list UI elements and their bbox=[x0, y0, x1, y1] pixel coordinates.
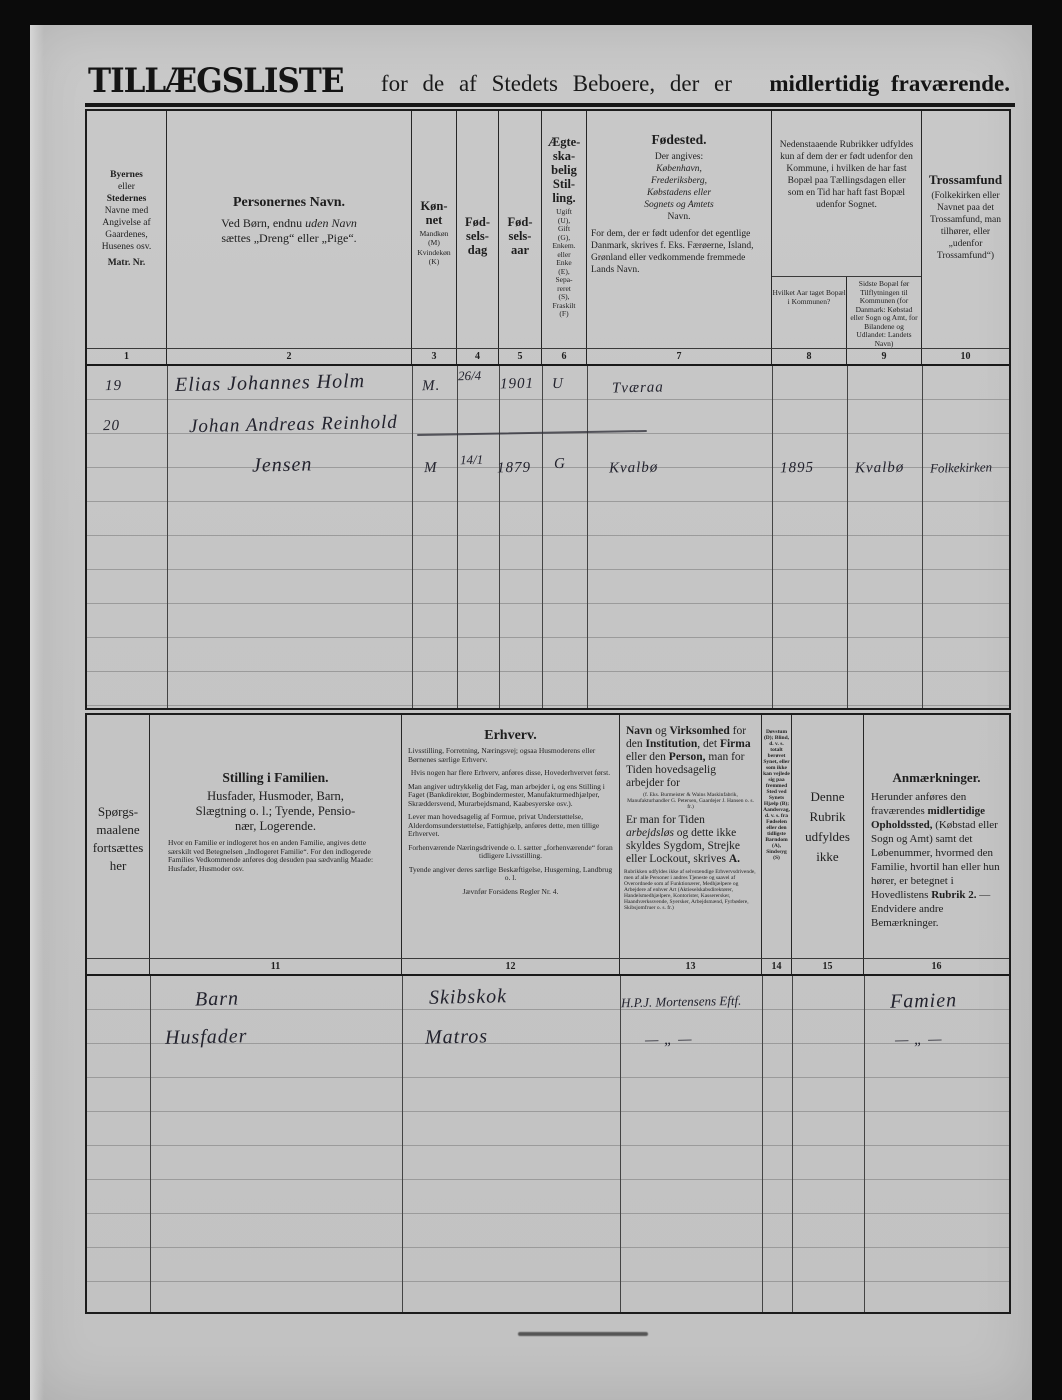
table-upper-number-row: 1 2 3 4 5 6 7 8 9 10 bbox=[87, 348, 1009, 366]
col2-sub2: sættes „Dreng“ eller „Pige“. bbox=[167, 231, 411, 246]
col10-title: Trossamfund bbox=[927, 173, 1004, 187]
entry-remarks-ditto: — „ — bbox=[895, 1032, 943, 1050]
col13-lead-seg: , det bbox=[697, 738, 720, 750]
col2-header: Personernes Navn. Ved Børn, endnu uden N… bbox=[167, 111, 412, 348]
col6-title: ling. bbox=[542, 191, 586, 205]
entry-sex: M. bbox=[422, 378, 441, 395]
col-number: 10 bbox=[922, 349, 1009, 364]
col9-header: Sidste Bopæl før Tilflytningen til Kommu… bbox=[847, 277, 921, 348]
col16-body: Herunder anføres den fraværendes midlert… bbox=[871, 790, 1002, 930]
col6-sub: (F) bbox=[542, 310, 586, 319]
col8-9-shared-note: Nedenstaaende Rubrikker udfyldes kun af … bbox=[772, 111, 921, 277]
col11-header: Stilling i Familien. Husfader, Husmoder,… bbox=[150, 715, 402, 958]
col14-fine-print: Døvstum (D); Blind, d. v. s. totalt berø… bbox=[763, 729, 790, 861]
col-number: 16 bbox=[864, 959, 1009, 974]
col11-fine-print: Hvor en Familie er indlogeret hos en and… bbox=[158, 839, 393, 873]
col12-title: Erhverv. bbox=[408, 729, 613, 743]
col-number-blank bbox=[87, 959, 150, 974]
entry-marital: U bbox=[552, 376, 564, 393]
col3-title: net bbox=[412, 213, 456, 227]
col8-9-header: Nedenstaaende Rubrikker udfyldes kun af … bbox=[772, 111, 922, 348]
col6-title: ska- bbox=[542, 149, 586, 163]
entry-family-position: Barn bbox=[195, 988, 239, 1012]
entry-birthplace: Tværaa bbox=[612, 379, 664, 397]
col11-sub: nær, Logerende. bbox=[158, 819, 393, 834]
col1-line: Byernes bbox=[87, 169, 166, 181]
col3-header: Køn- net Mandkøn (M) Kvindekøn (K) bbox=[412, 111, 457, 348]
col6-title: Stil- bbox=[542, 177, 586, 191]
col11-sub: Slægtning o. l.; Tyende, Pensio- bbox=[158, 804, 393, 819]
col4-header: Fød- sels- dag bbox=[457, 111, 499, 348]
entry-occupation: Matros bbox=[425, 1025, 489, 1049]
col16-title: Anmærkninger. bbox=[871, 771, 1002, 785]
table-lower-header: Spørgs- maalene fortsættes her Stilling … bbox=[87, 715, 1009, 958]
col7-line: Frederiksberg, bbox=[591, 175, 767, 187]
col12-paragraph: Jævnfør Forsidens Regler Nr. 4. bbox=[408, 888, 613, 897]
col13-p2-seg: Er man for Tiden bbox=[626, 814, 705, 826]
col5-title: sels- bbox=[499, 229, 541, 243]
col2-sub-italic: uden Navn bbox=[305, 216, 357, 230]
col-number: 15 bbox=[792, 959, 864, 974]
table-upper: Byernes eller Stedernes Navne med Angive… bbox=[85, 109, 1011, 710]
col4-title: dag bbox=[457, 243, 498, 257]
continuation-line: her bbox=[87, 857, 149, 875]
col3-sub: (K) bbox=[412, 258, 456, 267]
entry-occupation: Skibskok bbox=[429, 985, 507, 1010]
col1-header: Byernes eller Stedernes Navne med Angive… bbox=[87, 111, 167, 348]
continuation-label: Spørgs- maalene fortsættes her bbox=[87, 715, 150, 958]
col13-lead: Navn og Virksomhed for den Institution, … bbox=[624, 725, 757, 790]
title-tail: midlertidig fraværende. bbox=[769, 71, 1010, 97]
col13-fine1: (f. Eks. Burmeister & Wains Maskinfabrik… bbox=[624, 792, 757, 810]
col1-matrnr: Matr. Nr. bbox=[87, 257, 166, 269]
table-upper-header: Byernes eller Stedernes Navne med Angive… bbox=[87, 111, 1009, 348]
col15-line: Rubrik bbox=[792, 807, 863, 827]
col13-lead-seg: Navn bbox=[626, 725, 652, 737]
col11-title: Stilling i Familien. bbox=[158, 771, 393, 785]
col13-lead-seg: Institution bbox=[645, 738, 697, 750]
col1-line: Stedernes bbox=[87, 193, 166, 205]
col15-line: Denne bbox=[792, 787, 863, 807]
col13-paragraph2: Er man for Tiden arbejdsløs og dette ikk… bbox=[624, 814, 757, 866]
col2-sub: Ved Børn, endnu bbox=[221, 216, 302, 230]
table-upper-body: 19 Elias Johannes Holm M. 26/4 1901 U Tv… bbox=[87, 366, 1009, 708]
col2-title: Personernes Navn. bbox=[167, 196, 411, 210]
entry-matr-nr: 20 bbox=[103, 418, 120, 435]
col12-paragraph: Livsstilling, Forretning, Næringsvej; og… bbox=[408, 747, 613, 764]
col7-header: Fødested. Der angives: København, Freder… bbox=[587, 111, 772, 348]
col1-line: Navne med bbox=[87, 205, 166, 217]
entry-birthyear: 1901 bbox=[500, 376, 534, 394]
col-number: 5 bbox=[499, 349, 542, 364]
table-lower-body: Barn Skibskok H.P.J. Mortensens Eftf. Fa… bbox=[87, 976, 1009, 1312]
continuation-line: fortsættes bbox=[87, 839, 149, 857]
col14-header: Døvstum (D); Blind, d. v. s. totalt berø… bbox=[762, 715, 792, 958]
ink-stroke bbox=[417, 430, 647, 436]
col8-header: Hvilket Aar taget Bopæl i Kommunen? bbox=[772, 277, 847, 348]
col15-line: ikke bbox=[792, 847, 863, 867]
entry-name: Elias Johannes Holm bbox=[175, 370, 366, 397]
col1-line: Husenes osv. bbox=[87, 241, 166, 253]
col7-paragraph: For dem, der er født udenfor det egentli… bbox=[591, 228, 767, 276]
entry-employer: H.P.J. Mortensens Eftf. bbox=[621, 993, 742, 1012]
entry-religion: Folkekirken bbox=[930, 459, 992, 476]
col13-lead-seg: og bbox=[652, 725, 669, 737]
printer-imprint bbox=[518, 1332, 648, 1336]
col5-title: Fød- bbox=[499, 215, 541, 229]
col12-paragraph: Tyende angiver deres særlige Beskæftigel… bbox=[408, 866, 613, 883]
col12-paragraph: Lever man hovedsagelig af Formue, privat… bbox=[408, 813, 613, 839]
col7-line: Sognets og Amtets bbox=[591, 199, 767, 211]
col-number: 6 bbox=[542, 349, 587, 364]
table-lower: Spørgs- maalene fortsættes her Stilling … bbox=[85, 713, 1011, 1314]
col6-header: Ægte- ska- belig Stil- ling. Ugift (U), … bbox=[542, 111, 587, 348]
col7-line: København, bbox=[591, 163, 767, 175]
col10-sub: (Folkekirken eller Navnet paa det Trossa… bbox=[927, 190, 1004, 262]
col13-p2-seg: arbejdsløs bbox=[626, 827, 674, 839]
col1-line: eller bbox=[87, 181, 166, 193]
col13-header: Navn og Virksomhed for den Institution, … bbox=[620, 715, 762, 958]
entry-matr-nr: 19 bbox=[105, 378, 122, 395]
col15-header: Denne Rubrik udfyldes ikke bbox=[792, 715, 864, 958]
col7-line: Der angives: bbox=[591, 151, 767, 163]
col-number: 2 bbox=[167, 349, 412, 364]
col-number: 9 bbox=[847, 349, 922, 364]
col7-title: Fødested. bbox=[591, 133, 767, 147]
col5-title: aar bbox=[499, 243, 541, 257]
title-rule bbox=[85, 103, 1015, 107]
entry-birthyear: 1879 bbox=[497, 460, 531, 478]
entry-year-moved: 1895 bbox=[780, 460, 814, 478]
col-number: 7 bbox=[587, 349, 772, 364]
col13-lead-seg: Virksomhed bbox=[669, 725, 729, 737]
entry-last-residence: Kvalbø bbox=[855, 459, 905, 477]
entry-family-position: Husfader bbox=[165, 1025, 248, 1050]
col11-sub: Husfader, Husmoder, Barn, bbox=[158, 789, 393, 804]
scanned-census-page: TILLÆGSLISTE for de af Stedets Beboere, … bbox=[0, 0, 1062, 1400]
col-number: 12 bbox=[402, 959, 620, 974]
entry-employer-ditto: — „ — bbox=[645, 1032, 693, 1050]
col1-line: Gaardenes, bbox=[87, 229, 166, 241]
col12-header: Erhverv. Livsstilling, Forretning, Nærin… bbox=[402, 715, 620, 958]
entry-name: Johan Andreas Reinhold bbox=[189, 412, 398, 438]
col10-header: Trossamfund (Folkekirken eller Navnet pa… bbox=[922, 111, 1009, 348]
col16-header: Anmærkninger. Herunder anføres den fravæ… bbox=[864, 715, 1009, 958]
col6-title: Ægte- bbox=[542, 135, 586, 149]
col13-lead-seg: Person, bbox=[669, 751, 706, 763]
col4-title: Fød- bbox=[457, 215, 498, 229]
entry-name: Jensen bbox=[252, 453, 313, 477]
col-number: 8 bbox=[772, 349, 847, 364]
continuation-line: Spørgs- bbox=[87, 803, 149, 821]
col5-header: Fød- sels- aar bbox=[499, 111, 542, 348]
entry-remarks: Famien bbox=[890, 989, 958, 1013]
col4-title: sels- bbox=[457, 229, 498, 243]
col1-line: Angivelse af bbox=[87, 217, 166, 229]
col12-paragraph: Hvis nogen har flere Erhverv, anføres di… bbox=[408, 769, 613, 778]
col6-title: belig bbox=[542, 163, 586, 177]
col-number: 11 bbox=[150, 959, 402, 974]
col-number: 1 bbox=[87, 349, 167, 364]
col13-lead-seg: eller den bbox=[626, 751, 669, 763]
col-number: 14 bbox=[762, 959, 792, 974]
col3-sub: (M) bbox=[412, 239, 456, 248]
col7-line: Navn. bbox=[591, 211, 767, 223]
title-word-main: TILLÆGSLISTE bbox=[88, 62, 343, 101]
col-number: 3 bbox=[412, 349, 457, 364]
entry-birthday: 26/4 bbox=[458, 368, 481, 384]
col12-paragraph: Man angiver udtrykkelig det Fag, man arb… bbox=[408, 783, 613, 809]
entry-birthplace: Kvalbø bbox=[609, 459, 659, 477]
paper-sheet: TILLÆGSLISTE for de af Stedets Beboere, … bbox=[30, 25, 1032, 1400]
col13-fine2: Rubrikken udfyldes ikke af selvstændige … bbox=[624, 869, 757, 911]
col16-seg: Rubrik 2. bbox=[931, 889, 976, 901]
col13-lead-seg: Firma bbox=[720, 738, 751, 750]
col-number: 13 bbox=[620, 959, 762, 974]
page-title: TILLÆGSLISTE for de af Stedets Beboere, … bbox=[88, 63, 1010, 99]
col7-line: Købstadens eller bbox=[591, 187, 767, 199]
entry-sex: M bbox=[424, 460, 438, 477]
table-lower-number-row: 11 12 13 14 15 16 bbox=[87, 958, 1009, 976]
col15-line: udfyldes bbox=[792, 827, 863, 847]
col-number: 4 bbox=[457, 349, 499, 364]
continuation-line: maalene bbox=[87, 821, 149, 839]
col12-paragraph: Forhenværende Næringsdrivende o. l. sætt… bbox=[408, 844, 613, 861]
entry-marital: G bbox=[554, 456, 566, 473]
col3-title: Køn- bbox=[412, 199, 456, 213]
entry-birthday: 14/1 bbox=[460, 452, 483, 468]
title-mid: for de af Stedets Beboere, der er bbox=[381, 71, 732, 97]
col13-p2-seg: A. bbox=[729, 853, 740, 865]
